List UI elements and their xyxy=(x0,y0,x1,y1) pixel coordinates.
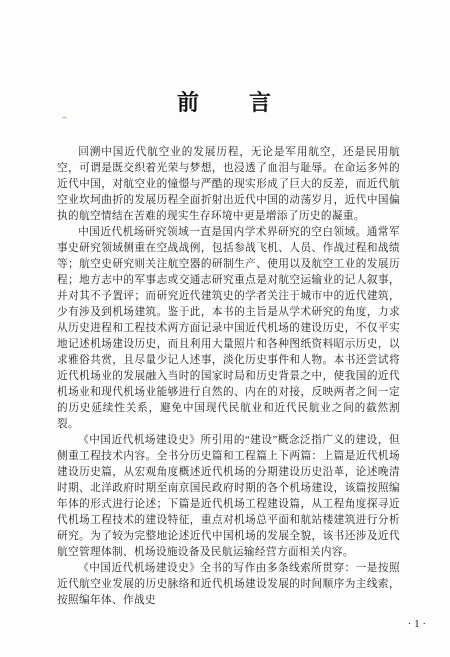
paragraph-1: 回溯中国近代航空业的发展历程，无论是军用航空，还是民用航空，可谓是既交织着光荣与… xyxy=(57,145,400,225)
scan-artifact xyxy=(62,116,67,119)
paragraph-4: 《中国近代机场建设史》全书的写作由多条线索所贯穿：一是按照近代航空业发展的历史脉… xyxy=(57,561,400,609)
paragraph-3: 《中国近代机场建设史》所引用的“建设”概念泛指广义的建设，但侧重工程技术内容。全… xyxy=(57,433,400,561)
page-number: · 1 · xyxy=(0,618,450,630)
page-title: 前 言 xyxy=(0,0,450,117)
preface-body: 回溯中国近代航空业的发展历程，无论是军用航空，还是民用航空，可谓是既交织着光荣与… xyxy=(0,145,450,609)
paragraph-2: 中国近代机场研究领域一直是国内学术界研究的空白领域。通常军事史研究领域侧重在空战… xyxy=(57,225,400,433)
book-page: 前 言 回溯中国近代航空业的发展历程，无论是军用航空，还是民用航空，可谓是既交织… xyxy=(0,0,450,657)
